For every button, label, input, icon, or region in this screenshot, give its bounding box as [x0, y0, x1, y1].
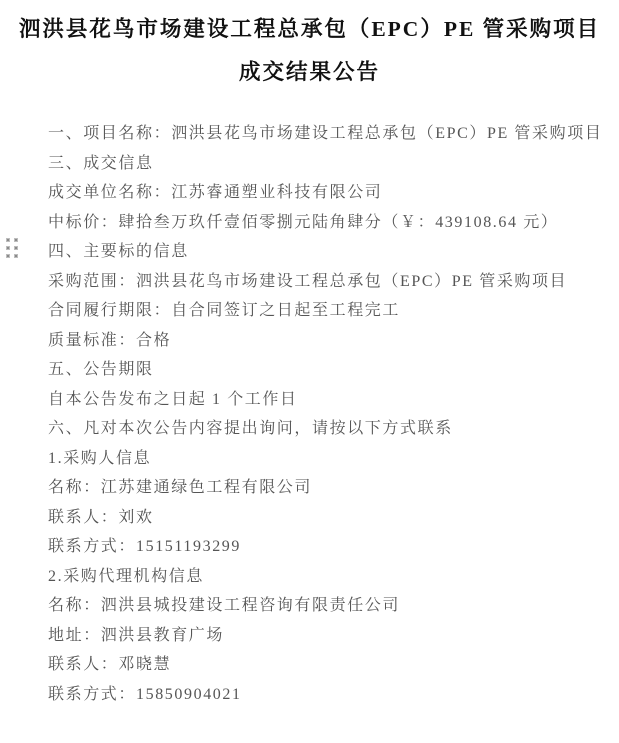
doc-line-purchaser-name: 名称：江苏建通绿色工程有限公司	[48, 473, 613, 503]
drag-handle-icon[interactable]	[6, 238, 19, 261]
doc-line-quality-standard: 质量标准：合格	[48, 326, 613, 356]
drag-handle-dot	[6, 238, 10, 242]
doc-line-section-3-heading: 三、成交信息	[48, 149, 613, 179]
drag-handle-dot	[6, 246, 10, 250]
doc-line-contract-period: 合同履行期限：自合同签订之日起至工程完工	[48, 296, 613, 326]
doc-line-agency-name: 名称：泗洪县城投建设工程咨询有限责任公司	[48, 591, 613, 621]
drag-handle-dot	[14, 238, 18, 242]
doc-body: 一、项目名称：泗洪县花鸟市场建设工程总承包（EPC）PE 管采购项目 三、成交信…	[48, 119, 613, 709]
doc-line-notice-period: 自本公告发布之日起 1 个工作日	[48, 385, 613, 415]
doc-line-purchaser-info-heading: 1.采购人信息	[48, 444, 613, 474]
doc-line-purchaser-phone: 联系方式：15151193299	[48, 532, 613, 562]
drag-handle-dot	[14, 254, 18, 258]
doc-line-winner-name: 成交单位名称：江苏睿通塑业科技有限公司	[48, 178, 613, 208]
doc-title-line-1: 泗洪县花鸟市场建设工程总承包（EPC）PE 管采购项目	[0, 8, 619, 51]
doc-line-agency-contact: 联系人：邓晓慧	[48, 650, 613, 680]
document-page: { "colors": { "background": "#ffffff", "…	[0, 0, 619, 743]
drag-handle-dot	[14, 246, 18, 250]
doc-line-section-6-heading: 六、凡对本次公告内容提出询问，请按以下方式联系	[48, 414, 613, 444]
doc-line-section-4-heading: 四、主要标的信息	[48, 237, 613, 267]
doc-line-agency-phone: 联系方式：15850904021	[48, 680, 613, 710]
doc-line-bid-price: 中标价：肆拾叁万玖仟壹佰零捌元陆角肆分（￥：439108.64 元）	[48, 208, 613, 238]
doc-line-agency-address: 地址：泗洪县教育广场	[48, 621, 613, 651]
doc-line-purchaser-contact: 联系人：刘欢	[48, 503, 613, 533]
doc-line-project-name: 一、项目名称：泗洪县花鸟市场建设工程总承包（EPC）PE 管采购项目	[48, 119, 613, 149]
doc-line-agency-info-heading: 2.采购代理机构信息	[48, 562, 613, 592]
doc-title: 泗洪县花鸟市场建设工程总承包（EPC）PE 管采购项目 成交结果公告	[0, 8, 619, 94]
doc-line-section-5-heading: 五、公告期限	[48, 355, 613, 385]
drag-handle-dot	[6, 254, 10, 258]
doc-title-line-2: 成交结果公告	[0, 51, 619, 94]
doc-line-procurement-scope: 采购范围：泗洪县花鸟市场建设工程总承包（EPC）PE 管采购项目	[48, 267, 613, 297]
